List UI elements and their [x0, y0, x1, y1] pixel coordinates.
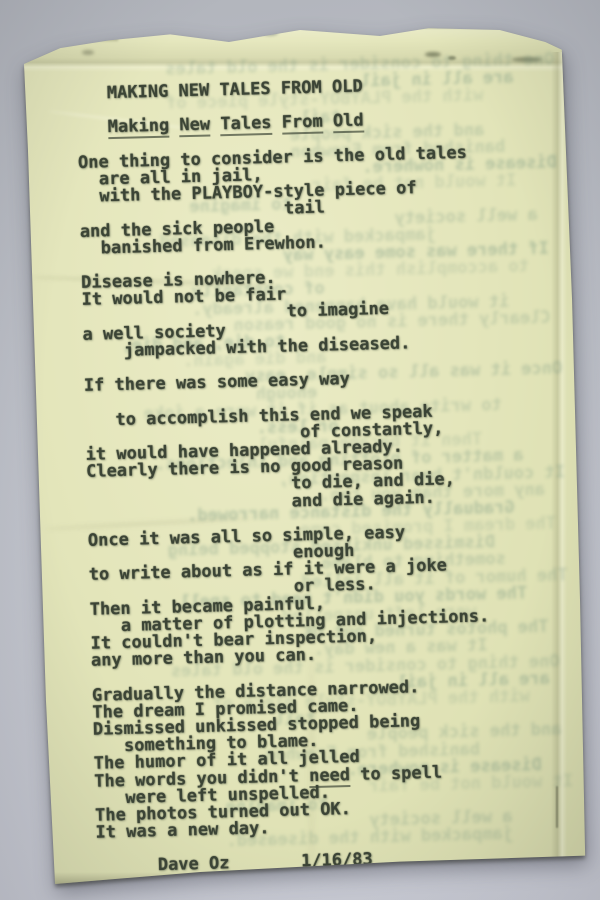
signature-line: Dave Oz1/16/83 — [96, 846, 600, 876]
ink-smudge — [448, 56, 456, 60]
date: 1/16/83 — [301, 850, 373, 872]
typed-text-column: MAKING NEW TALES FROM OLD MakingNewTales… — [76, 73, 600, 877]
paper-sheet: One thing to consider is the old tales a… — [18, 24, 588, 884]
ink-smudge — [425, 52, 441, 57]
top-fold-crease — [18, 24, 588, 72]
ink-smudge — [512, 57, 542, 62]
top-edge-shadow — [58, 38, 118, 41]
ink-smudge — [82, 50, 94, 55]
author-name: Dave Oz — [158, 854, 230, 876]
poem-body: One thing to consider is the old tales a… — [78, 142, 600, 842]
top-edge-shadow — [420, 25, 560, 28]
paper-wrapper: One thing to consider is the old tales a… — [0, 0, 600, 900]
photo-of-typed-poem: { "document": { "title": "MAKING NEW TAL… — [0, 0, 600, 900]
faint-mark — [262, 30, 278, 36]
